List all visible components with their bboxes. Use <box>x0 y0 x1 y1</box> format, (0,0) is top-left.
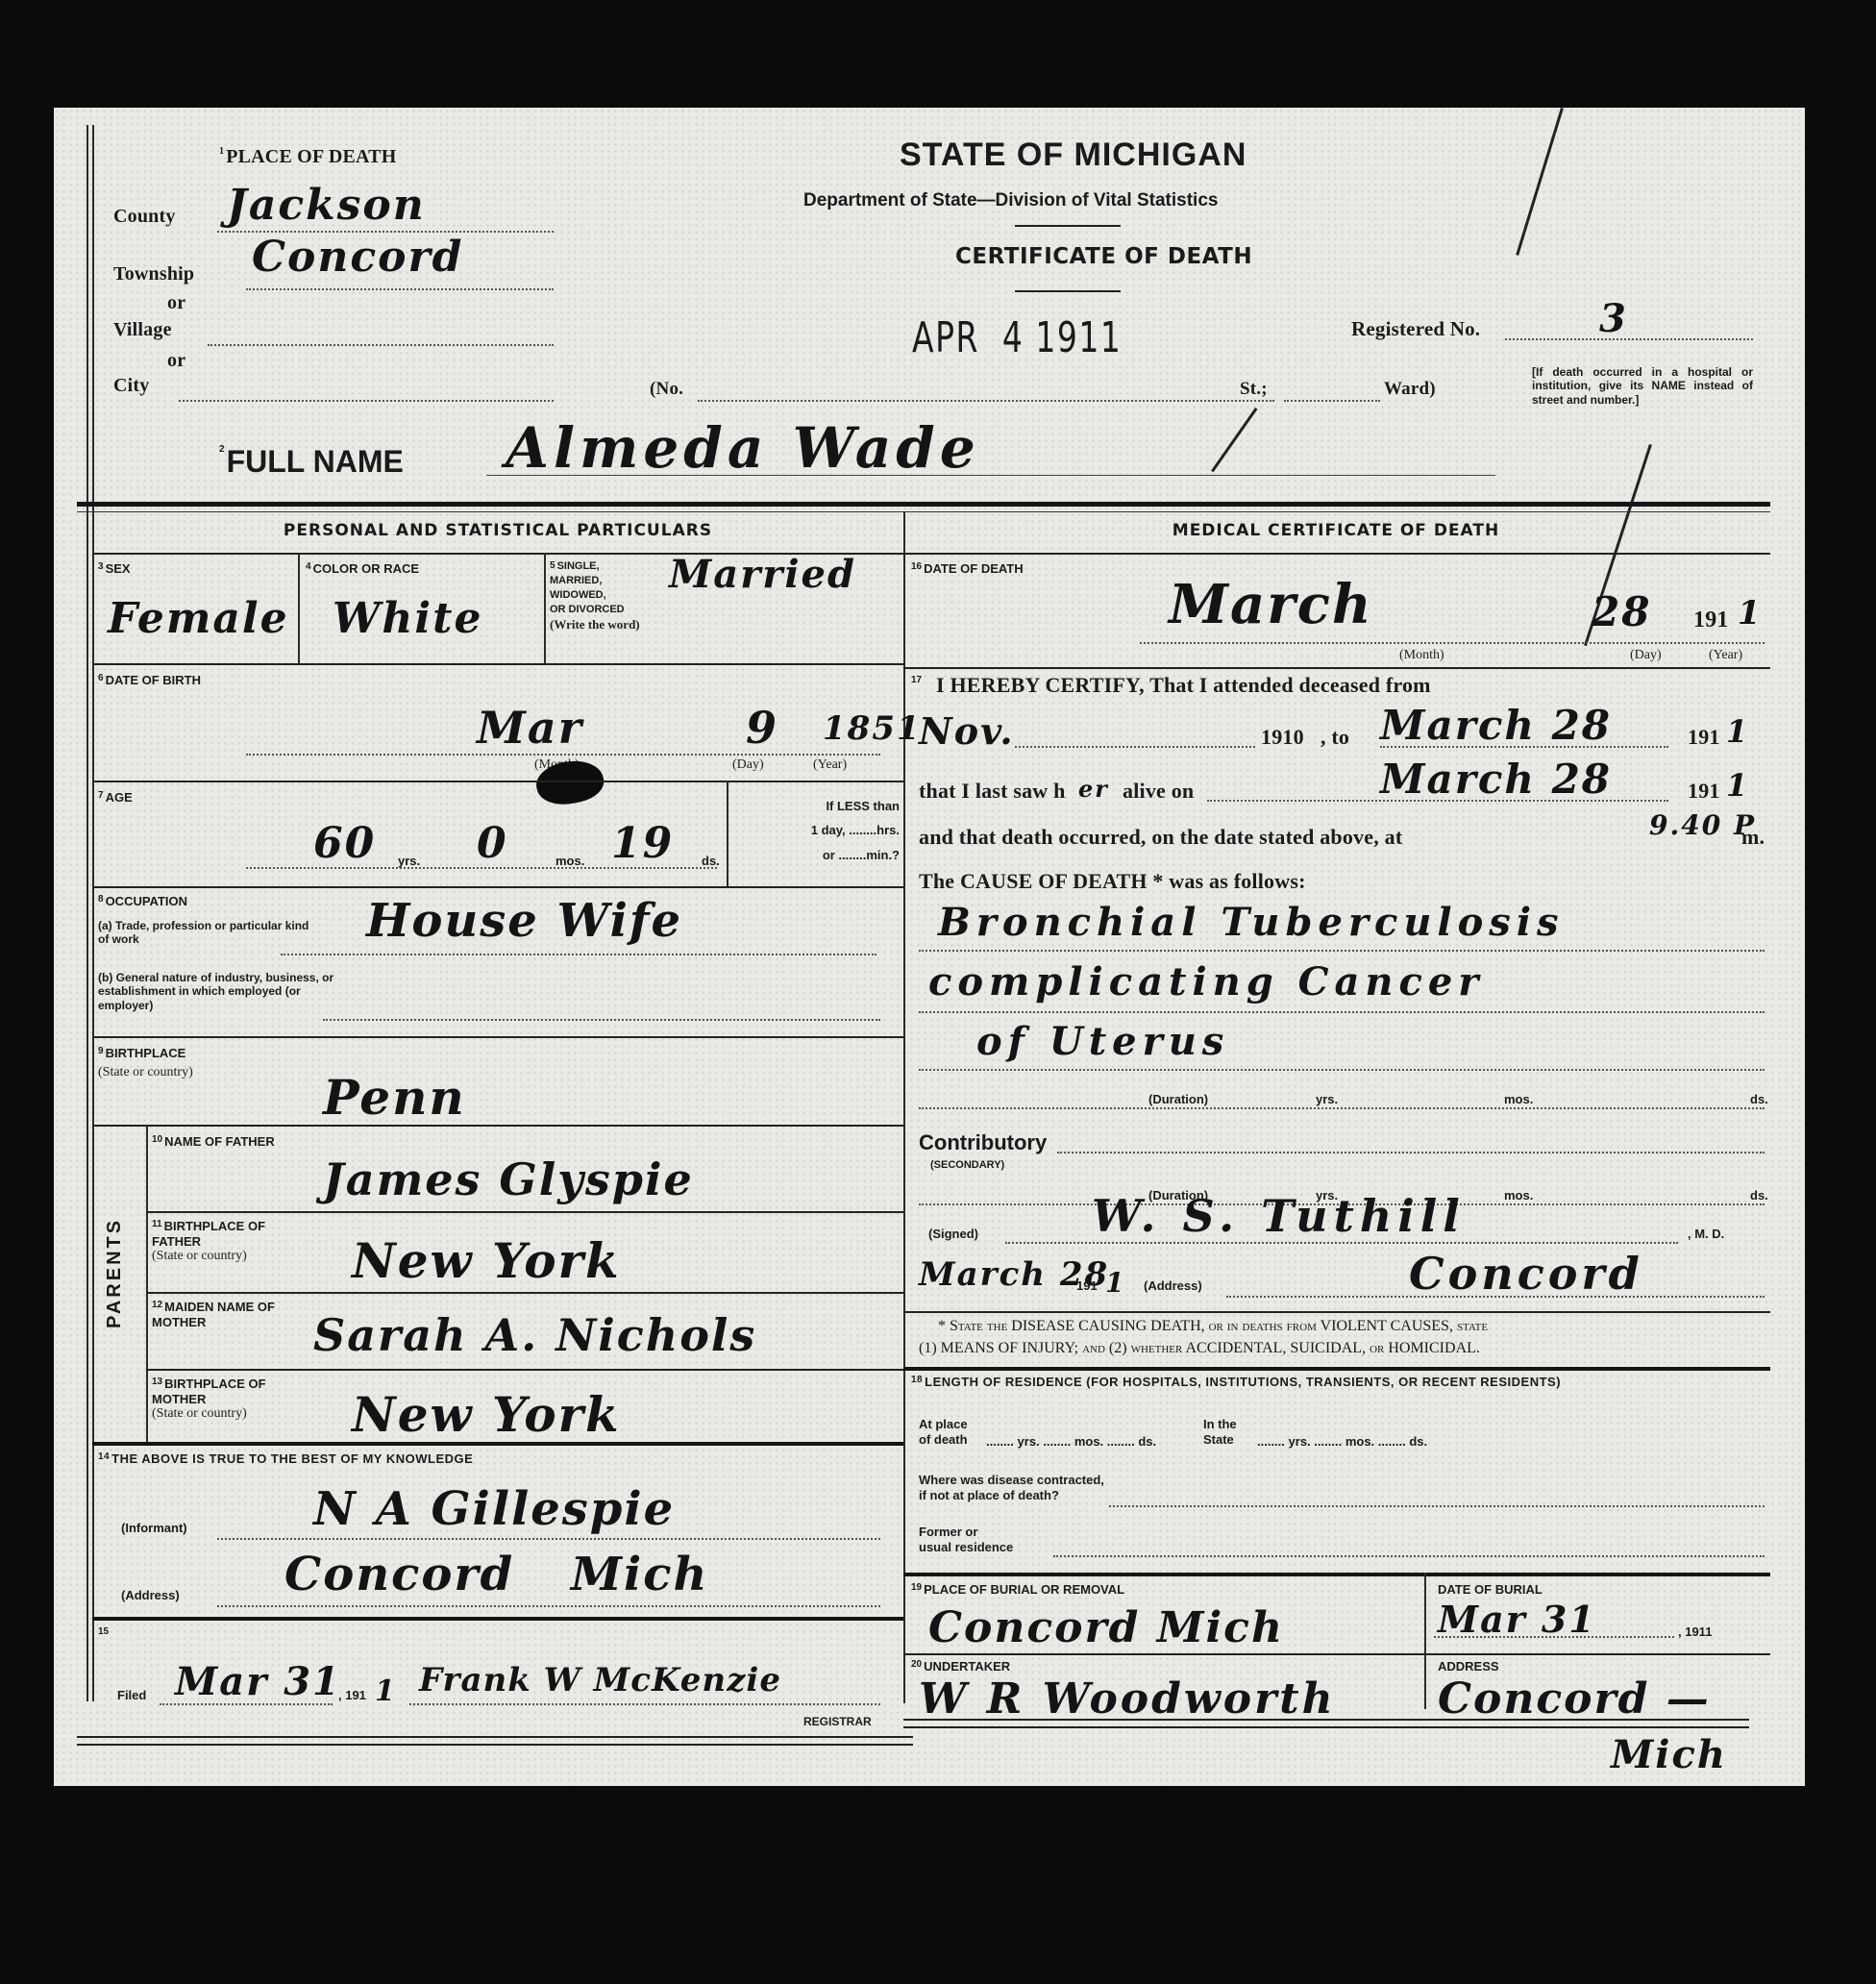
title-rule-2 <box>1015 290 1121 292</box>
death-time-value: 9.40 P <box>1649 809 1756 841</box>
township-value: Concord <box>252 233 463 282</box>
row-rule <box>146 1369 903 1371</box>
duration-line <box>919 1107 1765 1109</box>
duration-label: (Duration) <box>1146 1092 1211 1107</box>
occupation-label: 8OCCUPATION <box>98 894 187 909</box>
age-years-value: 60 <box>313 819 376 868</box>
to-year-suffix: 1 <box>1726 713 1749 750</box>
race-value: White <box>333 594 482 643</box>
sex-value: Female <box>108 594 289 643</box>
cause-line-2: complicating Cancer <box>928 959 1484 1004</box>
burial-place-label: 19PLACE OF BURIAL OR REMOVAL <box>911 1582 1124 1598</box>
dob-line <box>246 754 880 756</box>
row-rule <box>92 886 903 888</box>
row-rule <box>903 1311 1770 1313</box>
dod-day-value: 28 <box>1592 588 1651 635</box>
race-marital-divider <box>544 553 546 663</box>
dod-day-caption: (Day) <box>1630 648 1662 663</box>
medical-heading-rule <box>903 553 1770 555</box>
registrar-signature: Frank W McKenzie <box>419 1661 781 1699</box>
residence-rule <box>903 1367 1770 1371</box>
informant-address-line <box>217 1605 880 1607</box>
alive-on-text: alive on <box>1123 779 1194 803</box>
age-months-value: 0 <box>477 819 508 868</box>
birthplace-label: 9BIRTHPLACE <box>98 1046 185 1061</box>
undertaker-address-value: Concord — <box>1438 1674 1711 1724</box>
ward-label: Ward) <box>1384 379 1436 400</box>
title-rule-1 <box>1015 225 1121 227</box>
informant-label: (Informant) <box>121 1521 187 1536</box>
cause-rule-2 <box>919 1011 1765 1013</box>
age-label: 7AGE <box>98 790 133 806</box>
father-birthplace-label: 11BIRTHPLACE OF FATHER(State or country) <box>152 1219 306 1265</box>
certify-text: I HEREBY CERTIFY, That I attended deceas… <box>936 673 1431 697</box>
registered-no-line <box>1505 338 1753 340</box>
birthplace-value: Penn <box>323 1069 466 1126</box>
race-label: 4COLOR OR RACE <box>306 561 419 577</box>
filed-num: 15 <box>98 1626 109 1638</box>
signed-year: 191 <box>1076 1278 1098 1294</box>
in-state-fields: ........ yrs. ........ mos. ........ ds. <box>1257 1434 1427 1450</box>
mother-label: 12MAIDEN NAME OF MOTHER <box>152 1300 306 1329</box>
mother-birthplace-value: New York <box>352 1386 621 1443</box>
informant-value: N A Gillespie <box>313 1482 675 1536</box>
occupation-b-label: (b) General nature of industry, business… <box>98 971 338 1012</box>
row-rule <box>146 1292 903 1294</box>
section-divider-thin <box>77 511 1770 512</box>
occupation-b-line <box>323 1019 880 1021</box>
last-saw-text: that I last saw h <box>919 779 1066 803</box>
where-contracted-label: Where was disease contracted,if not at p… <box>919 1473 1104 1502</box>
former-residence-label: Former orusual residence <box>919 1525 1013 1554</box>
dob-label: 6DATE OF BIRTH <box>98 673 201 688</box>
duration-mos: mos. <box>1501 1092 1536 1107</box>
village-line <box>208 344 554 346</box>
registrar-label: REGISTRAR <box>803 1715 872 1728</box>
village-label: Village <box>113 319 172 341</box>
personal-heading: PERSONAL AND STATISTICAL PARTICULARS <box>92 521 903 540</box>
father-birthplace-value: New York <box>352 1232 621 1289</box>
parents-label: PARENTS <box>104 1218 126 1328</box>
filed-label: Filed <box>117 1688 146 1703</box>
full-name-value: Almeda Wade <box>506 415 980 481</box>
duration-yrs: yrs. <box>1313 1092 1341 1107</box>
age-divider <box>727 781 728 886</box>
sex-label: 3SEX <box>98 561 131 577</box>
to-label: , to <box>1321 725 1349 749</box>
cause-line-1: Bronchial Tuberculosis <box>938 900 1565 945</box>
registrar-line <box>409 1703 880 1705</box>
age-yrs-label: yrs. <box>398 854 420 869</box>
where-contracted-line <box>1109 1505 1765 1507</box>
ward-line <box>1284 400 1380 402</box>
dob-day-caption: (Day) <box>732 757 764 773</box>
row-rule <box>92 781 903 782</box>
signed-label: (Signed) <box>928 1227 978 1242</box>
contributory-line <box>1057 1152 1765 1153</box>
county-label: County <box>113 206 176 228</box>
row-rule <box>92 663 903 665</box>
in-state-label: In theState <box>1203 1417 1237 1447</box>
father-label: 10NAME OF FATHER <box>152 1134 286 1150</box>
department-subtitle: Department of State—Division of Vital St… <box>803 190 1218 211</box>
physician-signature: W. S. Tuthill <box>1092 1190 1466 1242</box>
sex-race-divider <box>298 553 300 663</box>
row-rule <box>146 1211 903 1213</box>
undertaker-value: W R Woodworth <box>919 1674 1336 1724</box>
bottom-rule <box>77 1736 913 1738</box>
center-divider <box>903 511 905 1703</box>
less-than-day-label: If LESS than 1 day, ........hrs. or ....… <box>734 794 900 867</box>
marital-label: 5SINGLE, MARRIED, WIDOWED, OR DIVORCED (… <box>550 559 640 633</box>
last-saw-line <box>1207 800 1668 802</box>
former-residence-line <box>1053 1555 1765 1557</box>
row-rule <box>903 1653 1770 1655</box>
filed-year-suffix: 1 <box>375 1674 397 1708</box>
city-line <box>179 400 554 402</box>
bottom-rule-right-2 <box>903 1726 1749 1728</box>
father-value: James Glyspie <box>323 1153 694 1205</box>
section-divider <box>77 502 1770 507</box>
occupation-a-label: (a) Trade, profession or particular kind… <box>98 919 319 947</box>
check-mark-icon <box>1516 108 1564 256</box>
burial-rule <box>903 1573 1770 1576</box>
burial-divider <box>1424 1573 1426 1709</box>
occupation-value: House Wife <box>366 894 682 948</box>
or-label: or <box>167 292 185 314</box>
secondary-label: (SECONDARY) <box>930 1159 1004 1172</box>
informant-address-label: (Address) <box>121 1588 180 1603</box>
signed-year-suffix: 1 <box>1105 1267 1125 1299</box>
burial-date-label: DATE OF BURIAL <box>1438 1582 1543 1598</box>
township-label: Township <box>113 263 194 285</box>
state-title: STATE OF MICHIGAN <box>900 136 1247 174</box>
from-line <box>1015 746 1255 748</box>
last-saw-year: 191 <box>1688 779 1720 803</box>
informant-heading: 14THE ABOVE IS TRUE TO THE BEST OF MY KN… <box>98 1451 473 1467</box>
informant-line <box>217 1538 880 1540</box>
row-rule <box>92 1036 903 1038</box>
registered-no-label: Registered No. <box>1351 317 1480 340</box>
hospital-note: [If death occurred in a hospital or inst… <box>1532 365 1753 407</box>
physician-address-label: (Address) <box>1144 1278 1202 1294</box>
burial-place-value: Concord Mich <box>928 1603 1284 1652</box>
burial-date-value: Mar 31 <box>1438 1598 1596 1641</box>
informant-rule <box>92 1442 903 1446</box>
mother-birthplace-label: 13BIRTHPLACE OF MOTHER(State or country) <box>152 1376 306 1423</box>
dob-year-caption: (Year) <box>813 757 847 773</box>
dod-line <box>1140 642 1765 644</box>
dod-month-value: March <box>1169 573 1373 636</box>
dod-year-suffix: 1 <box>1738 594 1763 632</box>
row-rule <box>92 1125 903 1127</box>
dod-label: 16DATE OF DEATH <box>911 561 1024 577</box>
parents-divider <box>146 1125 148 1442</box>
burial-year: , 1911 <box>1678 1624 1712 1640</box>
undertaker-label: 20UNDERTAKER <box>911 1659 1010 1674</box>
cause-rule-1 <box>919 950 1765 952</box>
cause-rule-3 <box>919 1069 1765 1071</box>
physician-address-value: Concord <box>1409 1248 1643 1300</box>
cause-label: The CAUSE OF DEATH * was as follows: <box>919 869 1306 893</box>
filed-rule <box>92 1617 903 1621</box>
age-days-value: 19 <box>611 819 674 868</box>
last-saw-pronoun: er <box>1078 775 1109 803</box>
dob-month-value: Mar <box>477 702 583 754</box>
duration-mos-2: mos. <box>1501 1188 1536 1203</box>
md-label: , M. D. <box>1688 1227 1724 1242</box>
township-line <box>246 288 554 290</box>
or-label-2: or <box>167 350 185 372</box>
county-value: Jackson <box>227 181 426 230</box>
certificate-title: CERTIFICATE OF DEATH <box>955 244 1252 269</box>
bottom-rule-2 <box>77 1744 913 1746</box>
occupation-a-line <box>281 954 876 955</box>
residence-heading: 18LENGTH OF RESIDENCE (FOR HOSPITALS, IN… <box>911 1375 1757 1390</box>
filed-date-value: Mar 31 <box>175 1659 341 1704</box>
dob-year-value: 1851 <box>823 709 922 748</box>
attended-to-value: March 28 <box>1380 702 1612 749</box>
mother-value: Sarah A. Nichols <box>313 1309 756 1361</box>
m-label: m. <box>1741 825 1765 849</box>
dod-year-prefix: 191 <box>1693 608 1729 634</box>
informant-address-value: Concord Mich <box>284 1548 708 1601</box>
birthplace-sub: (State or country) <box>98 1065 193 1080</box>
last-saw-value: March 28 <box>1380 756 1612 803</box>
contributory-label: Contributory <box>919 1130 1047 1155</box>
filed-year-prefix: , 191 <box>338 1688 366 1703</box>
registered-no-value: 3 <box>1599 296 1628 341</box>
place-of-death-heading: 1PLACE OF DEATH <box>219 146 396 168</box>
to-year: 191 <box>1688 725 1720 749</box>
check-mark-icon-2 <box>1211 408 1257 472</box>
undertaker-address-label: ADDRESS <box>1438 1659 1499 1674</box>
cause-footnote: * State the DISEASE CAUSING DEATH, or in… <box>919 1315 1765 1359</box>
full-name-label: 2FULL NAME <box>219 444 404 480</box>
signed-line <box>1005 1242 1678 1244</box>
attended-from-value: Nov. <box>919 709 1015 753</box>
death-occurred-text: and that death occurred, on the date sta… <box>919 825 1402 849</box>
certify-num: 17 <box>911 675 922 686</box>
street-label: St.; <box>1240 379 1268 400</box>
dod-month-caption: (Month) <box>1399 648 1444 663</box>
age-ds-label: ds. <box>702 854 720 869</box>
row-rule <box>903 667 1770 669</box>
at-place-label: At placeof death <box>919 1417 968 1447</box>
marital-value: Married <box>669 552 856 597</box>
left-border-line-inner <box>92 125 94 1701</box>
bottom-rule-right <box>903 1719 1749 1721</box>
received-date-stamp: APR 4 1911 <box>912 313 1122 362</box>
cause-line-3: of Uterus <box>976 1019 1229 1064</box>
left-border-line <box>86 125 88 1701</box>
undertaker-address-value-2: Mich <box>1611 1732 1727 1777</box>
death-certificate-paper: 1PLACE OF DEATH County Jackson Township … <box>54 108 1805 1786</box>
medical-heading: MEDICAL CERTIFICATE OF DEATH <box>903 521 1768 540</box>
duration-ds: ds. <box>1747 1092 1771 1107</box>
street-no-label: (No. <box>650 379 683 400</box>
street-line <box>698 400 1274 402</box>
city-label: City <box>113 375 149 397</box>
dod-year-caption: (Year) <box>1709 648 1742 663</box>
from-year: 1910 <box>1261 725 1304 749</box>
duration-ds-2: ds. <box>1747 1188 1771 1203</box>
dob-day-value: 9 <box>746 702 778 754</box>
last-saw-year-suffix: 1 <box>1726 767 1749 804</box>
to-line <box>1380 746 1668 748</box>
age-mos-label: mos. <box>555 854 584 869</box>
